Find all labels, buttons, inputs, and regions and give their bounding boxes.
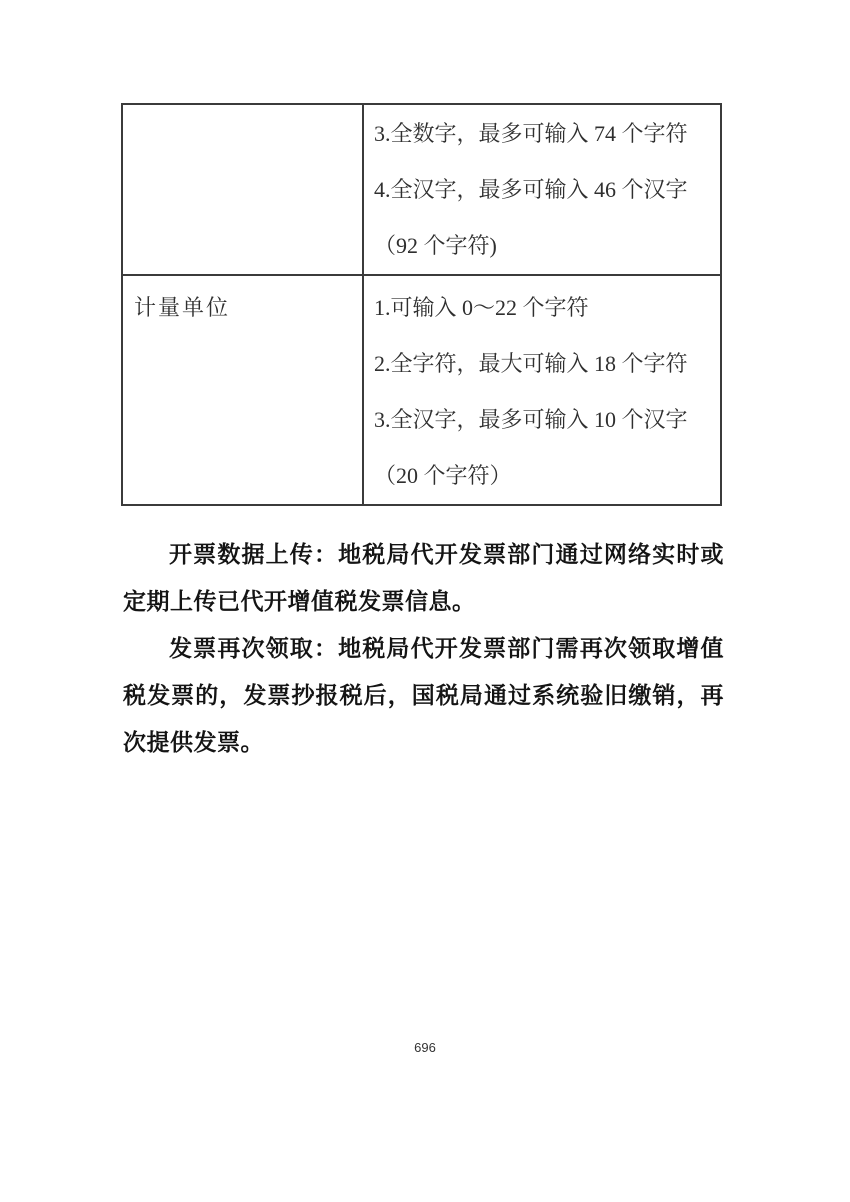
table-cell-field-name	[122, 104, 363, 275]
rule-line: （92 个字符)	[374, 218, 720, 274]
table-row: 计量单位 1.可输入 0～22 个字符 2.全字符，最大可输入 18 个字符 3…	[122, 275, 721, 505]
field-rules: 3.全数字，最多可输入 74 个字符 4.全汉字，最多可输入 46 个汉字 （9…	[364, 105, 720, 274]
table-row: 3.全数字，最多可输入 74 个字符 4.全汉字，最多可输入 46 个汉字 （9…	[122, 104, 721, 275]
rule-line: 3.全汉字，最多可输入 10 个汉字	[374, 392, 720, 448]
table-cell-field-rules: 3.全数字，最多可输入 74 个字符 4.全汉字，最多可输入 46 个汉字 （9…	[363, 104, 721, 275]
body-paragraph: 发票再次领取：地税局代开发票部门需再次领取增值税发票的，发票抄报税后，国税局通过…	[123, 625, 724, 766]
table-cell-field-name: 计量单位	[122, 275, 363, 505]
rule-line: 2.全字符，最大可输入 18 个字符	[374, 336, 720, 392]
rule-line: 4.全汉字，最多可输入 46 个汉字	[374, 162, 720, 218]
rule-line: 3.全数字，最多可输入 74 个字符	[374, 106, 720, 162]
field-name-label: 计量单位	[123, 276, 362, 336]
document-page: 3.全数字，最多可输入 74 个字符 4.全汉字，最多可输入 46 个汉字 （9…	[0, 0, 850, 1202]
field-spec-table: 3.全数字，最多可输入 74 个字符 4.全汉字，最多可输入 46 个汉字 （9…	[121, 103, 722, 506]
field-name-label	[123, 105, 362, 109]
rule-line: 1.可输入 0～22 个字符	[374, 280, 720, 336]
body-text-block: 开票数据上传：地税局代开发票部门通过网络实时或定期上传已代开增值税发票信息。 发…	[123, 531, 724, 766]
body-paragraph: 开票数据上传：地税局代开发票部门通过网络实时或定期上传已代开增值税发票信息。	[123, 531, 724, 625]
field-rules: 1.可输入 0～22 个字符 2.全字符，最大可输入 18 个字符 3.全汉字，…	[364, 276, 720, 504]
page-number: 696	[0, 1040, 850, 1055]
table-cell-field-rules: 1.可输入 0～22 个字符 2.全字符，最大可输入 18 个字符 3.全汉字，…	[363, 275, 721, 505]
rule-line: （20 个字符）	[374, 448, 720, 504]
